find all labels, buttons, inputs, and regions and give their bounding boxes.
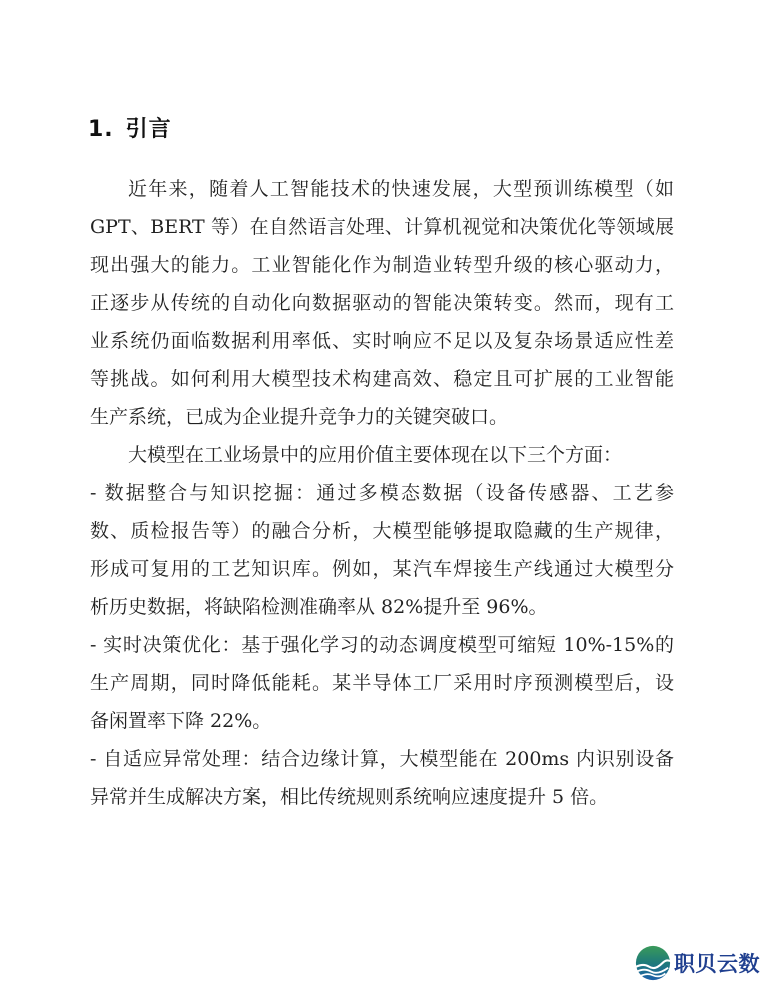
paragraph-intro: 近年来，随着人工智能技术的快速发展，大型预训练模型（如 GPT、BERT 等）在… [90, 170, 674, 436]
bullet-item-data-integration: - 数据整合与知识挖掘：通过多模态数据（设备传感器、工艺参 数、质检报告等）的融… [90, 474, 674, 626]
bullet-item-anomaly-handling: - 自适应异常处理：结合边缘计算，大模型能在 200ms 内识别设备 异常并生成… [90, 740, 674, 816]
text-line: 数、质检报告等）的融合分析，大模型能够提取隐藏的生产规律， [90, 512, 674, 550]
text-line: 现出强大的能力。工业智能化作为制造业转型升级的核心驱动力， [90, 246, 674, 284]
section-title: 引言 [126, 117, 172, 142]
document-body: 近年来，随着人工智能技术的快速发展，大型预训练模型（如 GPT、BERT 等）在… [90, 170, 674, 816]
text-line: - 自适应异常处理：结合边缘计算，大模型能在 200ms 内识别设备 [90, 740, 674, 778]
text-line: 备闲置率下降 22%。 [90, 702, 674, 740]
text-line: - 实时决策优化：基于强化学习的动态调度模型可缩短 10%-15%的 [90, 626, 674, 664]
watermark-logo: 职贝云数 [634, 944, 760, 982]
text-line: 正逐步从传统的自动化向数据驱动的智能决策转变。然而，现有工 [90, 284, 674, 322]
text-line: GPT、BERT 等）在自然语言处理、计算机视觉和决策优化等领域展 [90, 208, 674, 246]
text-line: 生产周期，同时降低能耗。某半导体工厂采用时序预测模型后，设 [90, 664, 674, 702]
text-line: 析历史数据，将缺陷检测准确率从 82%提升至 96%。 [90, 588, 674, 626]
text-line: 大模型在工业场景中的应用价值主要体现在以下三个方面： [90, 436, 674, 474]
section-heading: 1.引言 [88, 112, 172, 143]
paragraph-value-intro: 大模型在工业场景中的应用价值主要体现在以下三个方面： [90, 436, 674, 474]
text-line: 形成可复用的工艺知识库。例如，某汽车焊接生产线通过大模型分 [90, 550, 674, 588]
brand-name: 职贝云数 [674, 948, 760, 978]
wave-globe-logo-icon [634, 944, 672, 982]
text-line: 业系统仍面临数据利用率低、实时响应不足以及复杂场景适应性差 [90, 322, 674, 360]
document-page: 1.引言 近年来，随着人工智能技术的快速发展，大型预训练模型（如 GPT、BER… [0, 0, 765, 990]
section-number: 1. [88, 117, 114, 142]
text-line: 等挑战。如何利用大模型技术构建高效、稳定且可扩展的工业智能 [90, 360, 674, 398]
text-line: - 数据整合与知识挖掘：通过多模态数据（设备传感器、工艺参 [90, 474, 674, 512]
text-line: 异常并生成解决方案，相比传统规则系统响应速度提升 5 倍。 [90, 778, 674, 816]
text-line: 近年来，随着人工智能技术的快速发展，大型预训练模型（如 [90, 170, 674, 208]
bullet-item-realtime-decision: - 实时决策优化：基于强化学习的动态调度模型可缩短 10%-15%的 生产周期，… [90, 626, 674, 740]
text-line: 生产系统，已成为企业提升竞争力的关键突破口。 [90, 398, 674, 436]
